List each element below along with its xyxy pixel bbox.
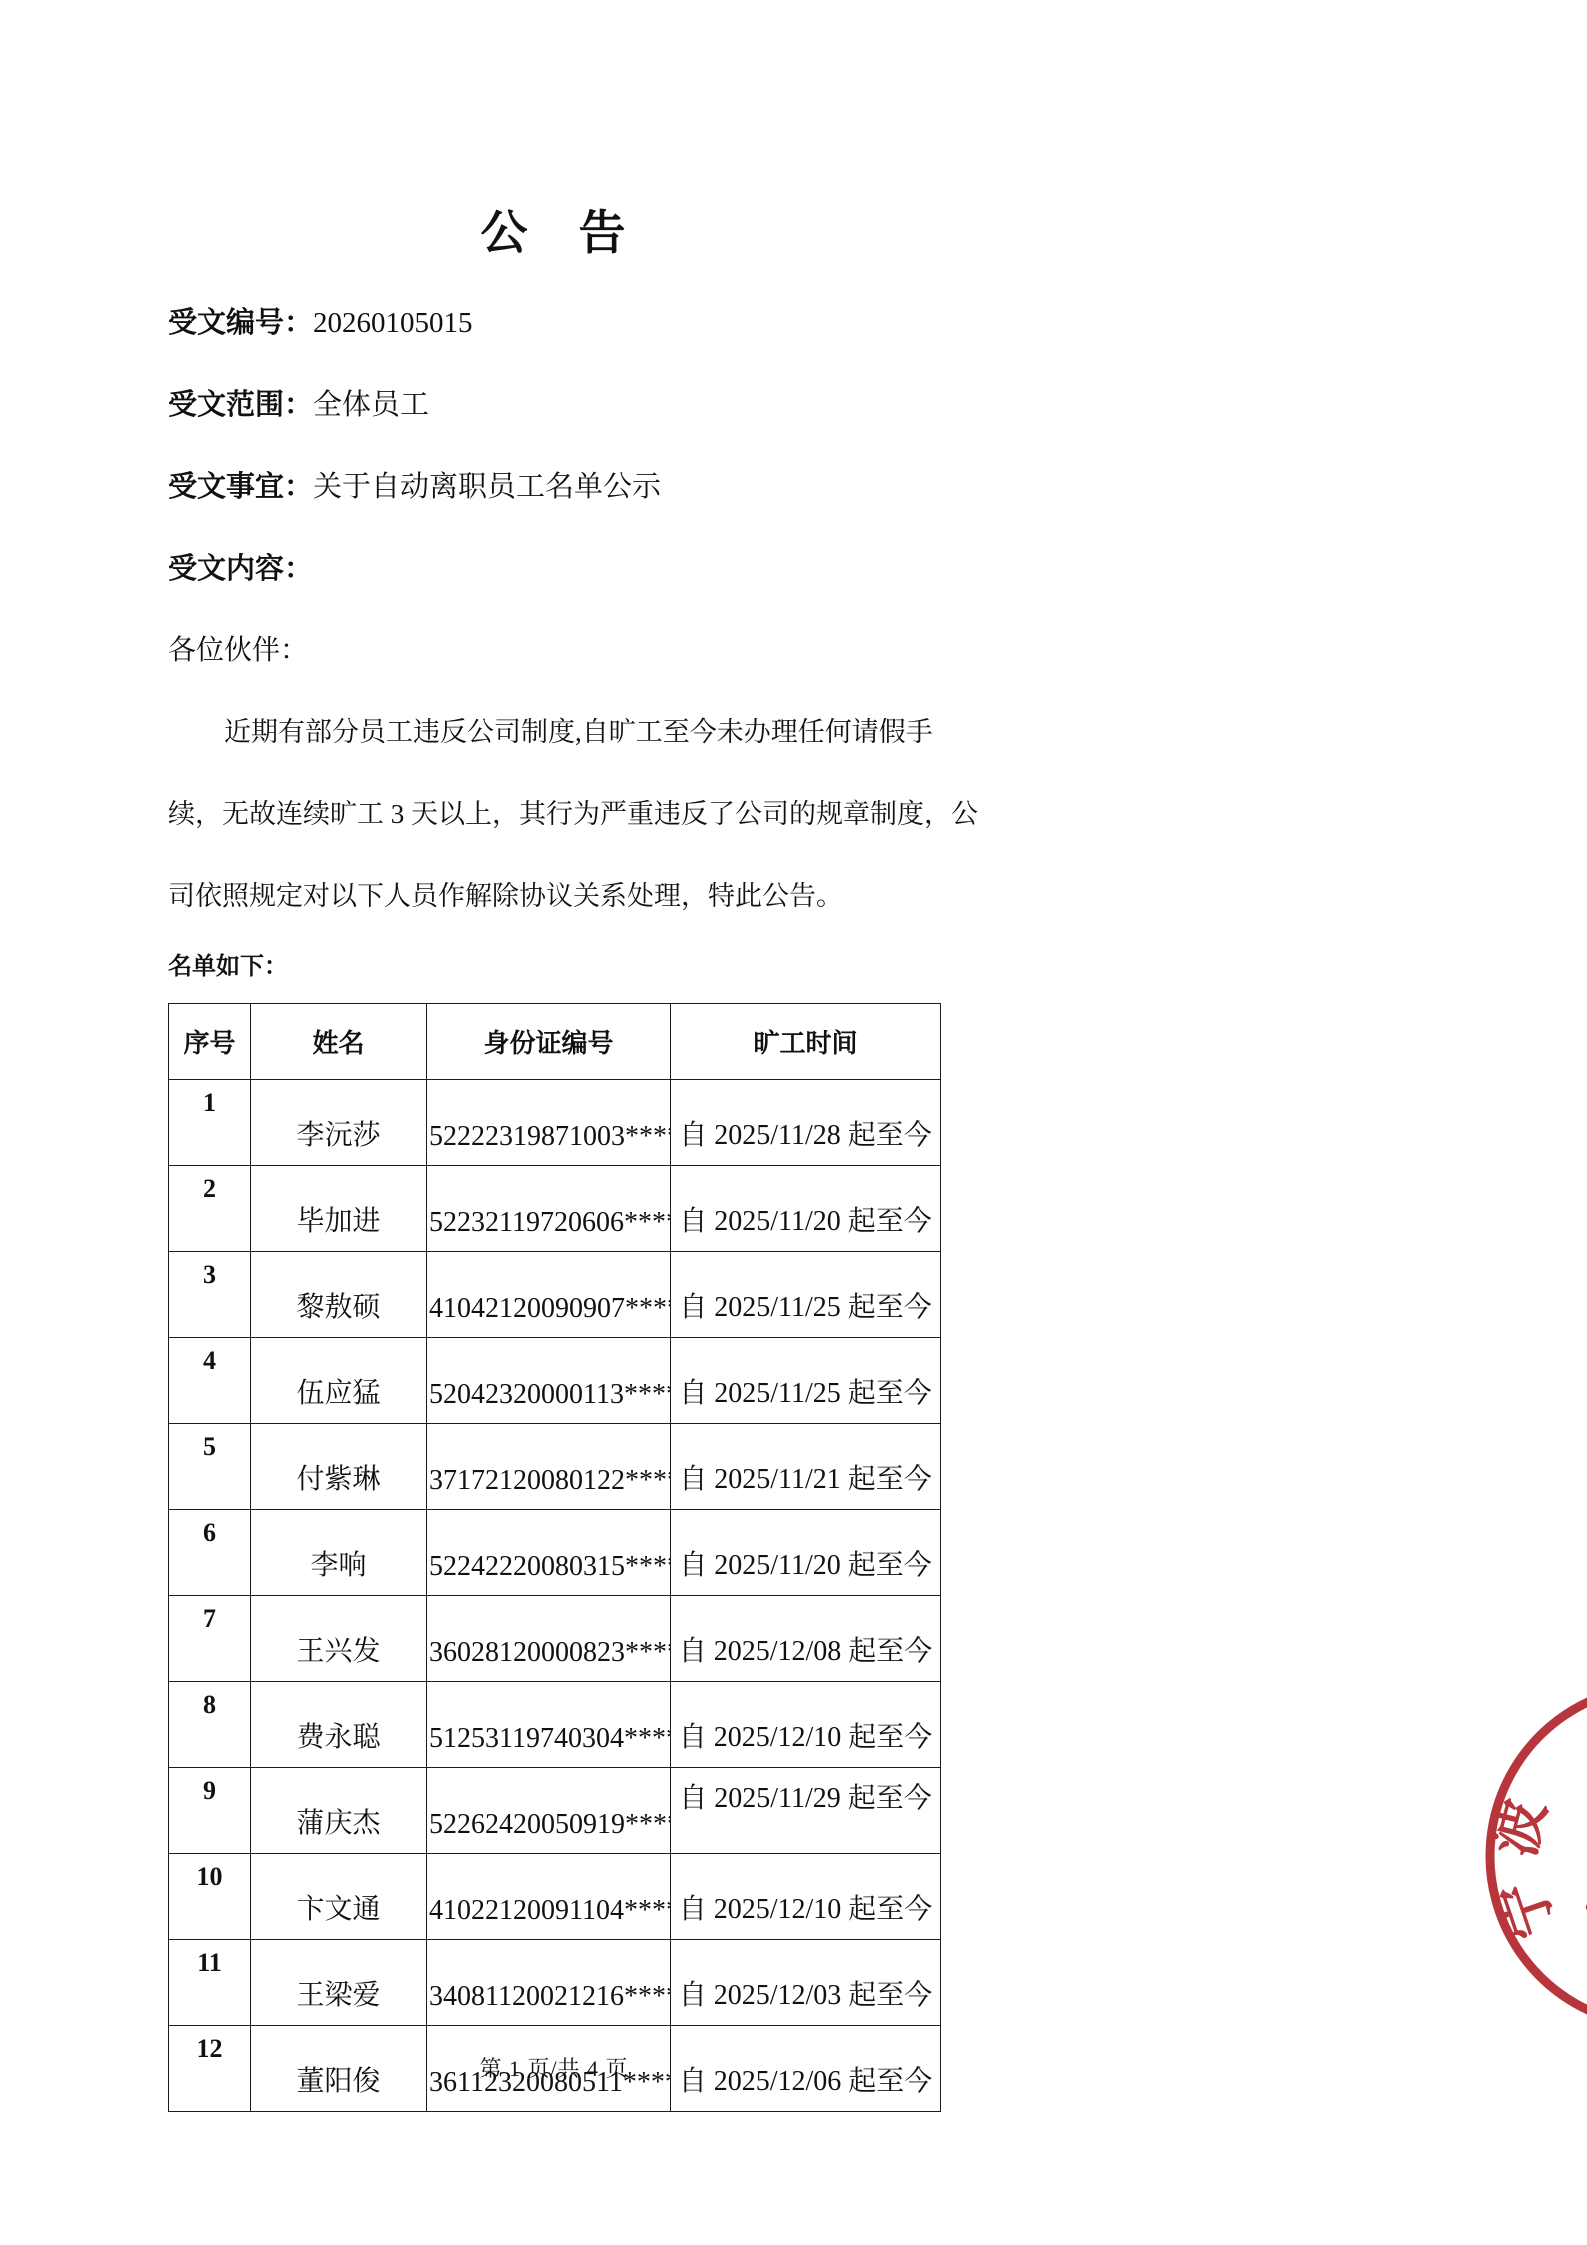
date-cell: 自 2025/12/10 起至今 [671,1854,941,1940]
salutation: 各位伙伴： [168,628,940,668]
table-row: 10 卞文通 41022120091104**** 自 2025/12/10 起… [169,1854,941,1940]
paragraph-line: 续，无故连续旷工 3 天以上，其行为严重违反了公司的规章制度，公 [168,792,978,831]
field-scope-value: 全体员工 [313,389,429,421]
table-row: 6 李响 52242220080315**** 自 2025/11/20 起至今 [169,1510,941,1596]
field-doc-number: 受文编号：20260105015 [168,300,940,341]
table-row: 5 付紫琳 37172120080122**** 自 2025/11/21 起至… [169,1424,941,1510]
seq-cell: 1 [169,1080,251,1166]
seq-cell: 2 [169,1166,251,1252]
field-doc-number-label: 受文编号： [168,307,313,339]
name-cell: 李沅莎 [251,1080,427,1166]
field-subject: 受文事宜：关于自动离职员工名单公示 [168,464,940,505]
date-cell: 自 2025/11/25 起至今 [671,1252,941,1338]
seq-cell: 4 [169,1338,251,1424]
seq-cell: 7 [169,1596,251,1682]
date-cell: 自 2025/11/21 起至今 [671,1424,941,1510]
seq-cell: 8 [169,1682,251,1768]
date-cell: 自 2025/11/25 起至今 [671,1338,941,1424]
company-stamp: 宁波 33020401 [1460,1656,1587,2056]
name-cell: 毕加进 [251,1166,427,1252]
id-cell: 34081120021216**** [427,1940,671,2026]
paragraph-line: 近期有部分员工违反公司制度,自旷工至今未办理任何请假手 [168,710,933,749]
svg-text:33020401: 33020401 [1575,1848,1587,1924]
date-cell: 自 2025/11/20 起至今 [671,1510,941,1596]
table-row: 8 费永聪 51253119740304**** 自 2025/12/10 起至… [169,1682,941,1768]
id-cell: 52262420050919**** [427,1768,671,1854]
name-cell: 卞文通 [251,1854,427,1940]
id-cell: 52232119720606**** [427,1166,671,1252]
date-cell: 自 2025/11/28 起至今 [671,1080,941,1166]
roster-body: 1 李沅莎 52222319871003**** 自 2025/11/28 起至… [169,1080,941,2112]
id-cell: 41042120090907**** [427,1252,671,1338]
seq-cell: 9 [169,1768,251,1854]
name-cell: 费永聪 [251,1682,427,1768]
header-id-number: 身份证编号 [427,1004,671,1080]
id-cell: 51253119740304**** [427,1682,671,1768]
table-row: 3 黎敖硕 41042120090907**** 自 2025/11/25 起至… [169,1252,941,1338]
paragraph-line: 司依照规定对以下人员作解除协议关系处理，特此公告。 [168,874,843,913]
field-doc-number-value: 20260105015 [313,307,473,339]
name-cell: 黎敖硕 [251,1252,427,1338]
page-title: 公 告 [168,196,940,263]
seq-cell: 5 [169,1424,251,1510]
roster-header: 序号 姓名 身份证编号 旷工时间 [169,1004,941,1080]
field-content-label: 受文内容： [168,553,313,585]
id-cell: 52042320000113**** [427,1338,671,1424]
name-cell: 李响 [251,1510,427,1596]
field-subject-value: 关于自动离职员工名单公示 [313,471,661,503]
date-cell: 自 2025/12/03 起至今 [671,1940,941,2026]
date-cell: 自 2025/12/10 起至今 [671,1682,941,1768]
date-cell: 自 2025/12/08 起至今 [671,1596,941,1682]
field-scope: 受文范围：全体员工 [168,382,940,423]
table-row: 4 伍应猛 52042320000113**** 自 2025/11/25 起至… [169,1338,941,1424]
name-cell: 蒲庆杰 [251,1768,427,1854]
table-row: 1 李沅莎 52222319871003**** 自 2025/11/28 起至… [169,1080,941,1166]
name-cell: 付紫琳 [251,1424,427,1510]
table-row: 9 蒲庆杰 52262420050919**** 自 2025/11/29 起至… [169,1768,941,1854]
field-scope-label: 受文范围： [168,389,313,421]
id-cell: 52242220080315**** [427,1510,671,1596]
stamp-group: 宁波 33020401 [1460,1656,1587,2056]
name-cell: 王兴发 [251,1596,427,1682]
date-cell: 自 2025/11/20 起至今 [671,1166,941,1252]
id-cell: 41022120091104**** [427,1854,671,1940]
table-row: 7 王兴发 36028120000823**** 自 2025/12/08 起至… [169,1596,941,1682]
id-cell: 36028120000823**** [427,1596,671,1682]
name-cell: 伍应猛 [251,1338,427,1424]
seq-cell: 6 [169,1510,251,1596]
id-cell: 37172120080122**** [427,1424,671,1510]
field-subject-label: 受文事宜： [168,471,313,503]
field-content: 受文内容： [168,546,940,587]
seq-cell: 11 [169,1940,251,2026]
seq-cell: 10 [169,1854,251,1940]
table-row: 2 毕加进 52232119720606**** 自 2025/11/20 起至… [169,1166,941,1252]
stamp-digits: 33020401 [1575,1848,1587,1924]
roster-table: 序号 姓名 身份证编号 旷工时间 1 李沅莎 52222319871003***… [168,1003,941,2112]
header-seq: 序号 [169,1004,251,1080]
header-name: 姓名 [251,1004,427,1080]
stamp-arc-text: 宁波 [1461,1764,1587,1947]
name-cell: 王梁爱 [251,1940,427,2026]
seq-cell: 3 [169,1252,251,1338]
id-cell: 52222319871003**** [427,1080,671,1166]
page-footer: 第 1 页/共 4 页 [168,2052,940,2083]
date-cell: 自 2025/11/29 起至今 [671,1768,941,1854]
table-row: 11 王梁爱 34081120021216**** 自 2025/12/03 起… [169,1940,941,2026]
announcement-document: 公 告 受文编号：20260105015 受文范围：全体员工 受文事宜：关于自动… [0,0,1587,2245]
list-intro: 名单如下： [168,946,940,981]
header-absence-period: 旷工时间 [671,1004,941,1080]
svg-text:宁波: 宁波 [1461,1764,1587,1947]
